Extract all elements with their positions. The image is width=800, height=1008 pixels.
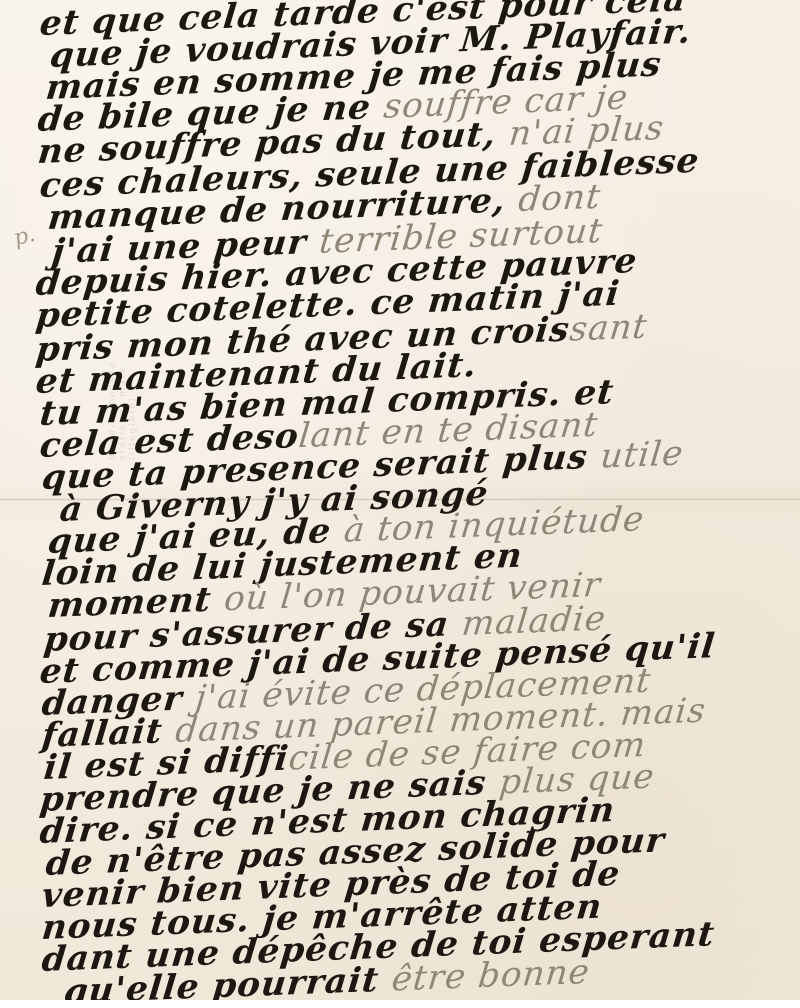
line-text-faint: sant <box>568 307 650 350</box>
line-text-faint: utile <box>599 434 686 477</box>
scan-bottom-edge <box>0 1000 800 1008</box>
letter-page: blind-embossed stationer mark (illegible… <box>0 0 800 1000</box>
line-text-faint: être bonne <box>390 952 592 1000</box>
margin-note: p. <box>11 222 38 251</box>
